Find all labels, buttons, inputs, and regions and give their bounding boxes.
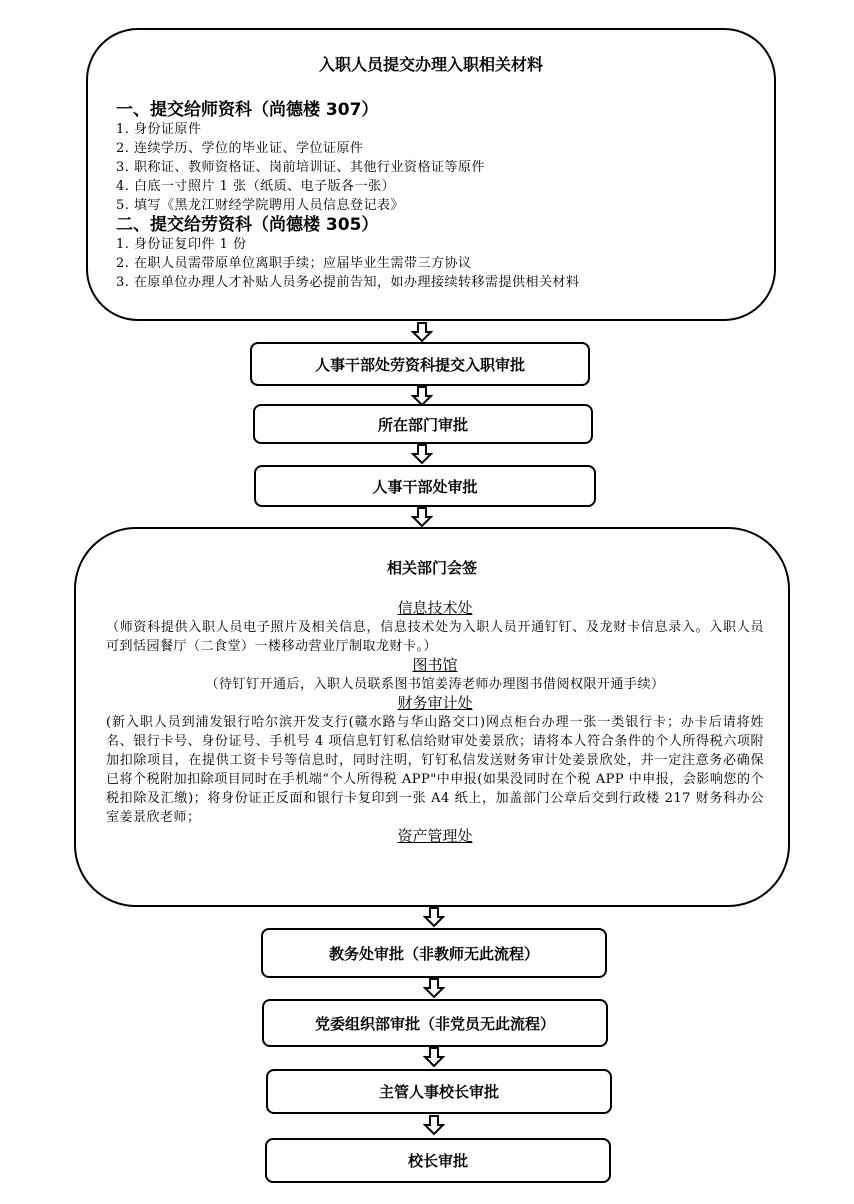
list-item: 2. 在职人员需带原单位离职手续；应届毕业生需带三方协议 bbox=[116, 254, 766, 273]
dept-name-info-tech: 信息技术处 bbox=[106, 599, 764, 618]
dept-text-finance-audit: (新入职人员到浦发银行哈尔滨开发支行(赣水路与华山路交口)网点柜台办理一张一类银… bbox=[106, 713, 764, 827]
dept-name-finance-audit: 财务审计处 bbox=[106, 694, 764, 713]
down-arrow-icon bbox=[411, 386, 433, 406]
step-hr-approval: 人事干部处审批 bbox=[254, 465, 596, 507]
list-item: 2. 连续学历、学位的毕业证、学位证原件 bbox=[116, 139, 766, 158]
section-teacher-affairs: 一、提交给师资科（尚德楼 307） 1. 身份证原件 2. 连续学历、学位的毕业… bbox=[116, 100, 766, 292]
dept-name-asset-management: 资产管理处 bbox=[106, 827, 764, 846]
dept-name-library: 图书馆 bbox=[106, 656, 764, 675]
step-labor-salary-submit: 人事干部处劳资科提交入职审批 bbox=[250, 342, 590, 386]
step-label: 校长审批 bbox=[408, 1150, 468, 1171]
materials-box: 入职人员提交办理入职相关材料 一、提交给师资科（尚德楼 307） 1. 身份证原… bbox=[86, 28, 776, 321]
dept-text-info-tech: （师资科提供入职人员电子照片及相关信息，信息技术处为入职人员开通钉钉、及龙财卡信… bbox=[106, 618, 764, 656]
materials-title: 入职人员提交办理入职相关材料 bbox=[88, 52, 774, 75]
down-arrow-icon bbox=[411, 444, 433, 464]
list-item: 5. 填写《黑龙江财经学院聘用人员信息登记表》 bbox=[116, 196, 766, 215]
down-arrow-icon bbox=[411, 322, 433, 342]
step-label: 所在部门审批 bbox=[378, 414, 468, 435]
dept-text-library: （待钉钉开通后，入职人员联系图书馆姜涛老师办理图书借阅权限开通手续） bbox=[106, 675, 764, 694]
down-arrow-icon bbox=[423, 1115, 445, 1135]
step-president-approval: 校长审批 bbox=[265, 1138, 611, 1183]
countersign-box: 相关部门会签 信息技术处 （师资科提供入职人员电子照片及相关信息，信息技术处为入… bbox=[74, 527, 790, 907]
step-label: 主管人事校长审批 bbox=[379, 1081, 499, 1102]
step-label: 人事干部处审批 bbox=[372, 476, 477, 497]
step-academic-affairs: 教务处审批（非教师无此流程） bbox=[261, 928, 607, 978]
step-department-approval: 所在部门审批 bbox=[253, 404, 593, 444]
down-arrow-icon bbox=[411, 507, 433, 527]
list-item: 4. 白底一寸照片 1 张（纸质、电子版各一张） bbox=[116, 177, 766, 196]
step-label: 教务处审批（非教师无此流程） bbox=[329, 943, 539, 964]
section-heading: 一、提交给师资科（尚德楼 307） bbox=[116, 100, 766, 120]
department-list: 信息技术处 （师资科提供入职人员电子照片及相关信息，信息技术处为入职人员开通钉钉… bbox=[106, 599, 764, 846]
step-party-organization: 党委组织部审批（非党员无此流程） bbox=[262, 999, 608, 1047]
countersign-title: 相关部门会签 bbox=[76, 557, 788, 578]
list-item: 3. 职称证、教师资格证、岗前培训证、其他行业资格证等原件 bbox=[116, 158, 766, 177]
list-item: 1. 身份证原件 bbox=[116, 120, 766, 139]
step-vp-hr-approval: 主管人事校长审批 bbox=[266, 1069, 612, 1114]
down-arrow-icon bbox=[423, 978, 445, 998]
step-label: 党委组织部审批（非党员无此流程） bbox=[315, 1013, 555, 1034]
list-item: 1. 身份证复印件 1 份 bbox=[116, 235, 766, 254]
step-label: 人事干部处劳资科提交入职审批 bbox=[315, 354, 525, 375]
down-arrow-icon bbox=[423, 1047, 445, 1067]
list-item: 3. 在原单位办理人才补贴人员务必提前告知，如办理接续转移需提供相关材料 bbox=[116, 273, 766, 292]
section-heading: 二、提交给劳资科（尚德楼 305） bbox=[116, 215, 766, 235]
down-arrow-icon bbox=[423, 907, 445, 927]
